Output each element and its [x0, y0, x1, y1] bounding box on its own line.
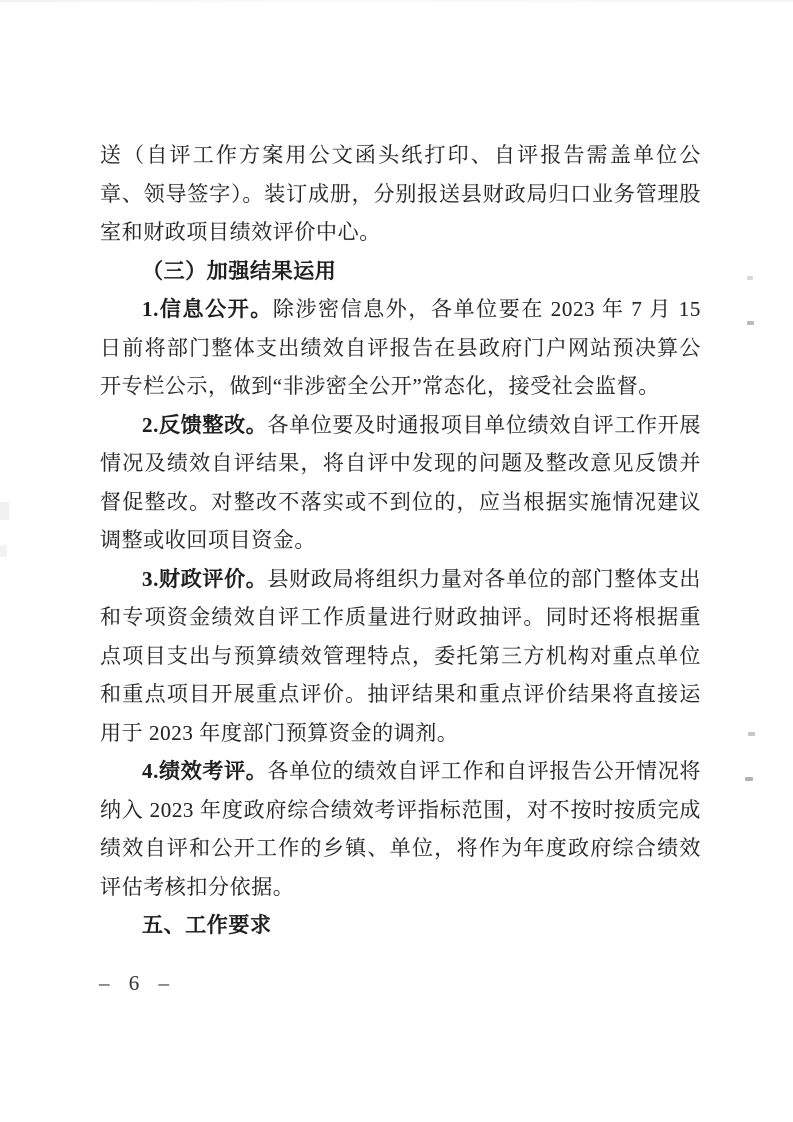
paragraph-text: 县财政局将组织力量对各单位的部门整体支出和专项资金绩效自评工作质量进行财政抽评。…: [100, 567, 701, 745]
paragraph-lead: 4.绩效考评。: [142, 759, 267, 783]
scan-speck-artifact: [747, 321, 754, 325]
paragraph-info-disclosure: 1.信息公开。除涉密信息外，各单位要在 2023 年 7 月 15 日前将部门整…: [100, 290, 701, 406]
paragraph-lead: 1.信息公开。: [142, 297, 273, 321]
document-content: 送（自评工作方案用公文函头纸打印、自评报告需盖单位公章、领导签字）。装订成册，分…: [100, 136, 701, 945]
heading-text: 五、工作要求: [142, 913, 272, 937]
scan-edge-artifact: [0, 0, 793, 2]
page-number: – 6 –: [99, 971, 176, 996]
paragraph-feedback-rectification: 2.反馈整改。各单位要及时通报项目单位绩效自评工作开展情况及绩效自评结果，将自评…: [100, 406, 701, 560]
heading-text: （三）加强结果运用: [142, 259, 336, 283]
scan-speck-artifact: [747, 276, 753, 280]
paragraph-continuation: 送（自评工作方案用公文函头纸打印、自评报告需盖单位公章、领导签字）。装订成册，分…: [100, 136, 701, 252]
section-heading-strengthen-result-use: （三）加强结果运用: [100, 252, 701, 291]
paragraph-performance-assessment: 4.绩效考评。各单位的绩效自评工作和自评报告公开情况将纳入 2023 年度政府综…: [100, 752, 701, 906]
paragraph-lead: 2.反馈整改。: [142, 413, 267, 437]
scan-speck-artifact: [748, 732, 755, 736]
paragraph-lead: 3.财政评价。: [142, 567, 267, 591]
scan-speck-artifact: [745, 777, 753, 781]
paragraph-text: 送（自评工作方案用公文函头纸打印、自评报告需盖单位公章、领导签字）。装订成册，分…: [100, 143, 701, 244]
document-page: 送（自评工作方案用公文函头纸打印、自评报告需盖单位公章、领导签字）。装订成册，分…: [0, 0, 793, 1122]
paragraph-fiscal-evaluation: 3.财政评价。县财政局将组织力量对各单位的部门整体支出和专项资金绩效自评工作质量…: [100, 560, 701, 753]
scan-smudge-artifact: [0, 502, 9, 520]
section-heading-work-requirements: 五、工作要求: [100, 906, 701, 945]
scan-smudge-artifact: [0, 545, 7, 557]
